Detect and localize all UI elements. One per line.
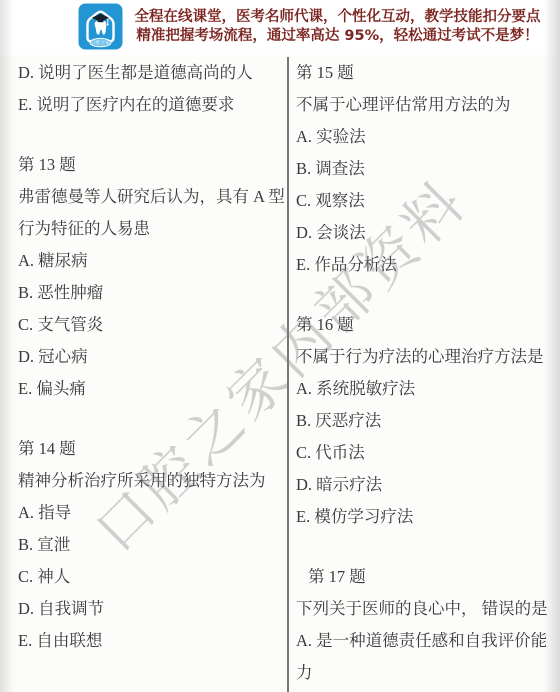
option-line: A. 是一种道德责任感和自我评价能 — [296, 625, 556, 657]
question-number: 第 16 题 — [296, 309, 556, 341]
question-text: 弗雷德曼等人研究后认为，具有 A 型 — [18, 181, 277, 213]
option-line: D. 会谈法 — [296, 217, 556, 249]
option-line: E. 自由联想 — [18, 625, 277, 657]
promo-banner: 口腔之家 全程在线课堂，医考名师代课，个性化互动，教学技能扣分要点 精准把握考场… — [0, 0, 560, 55]
dental-home-logo: 口腔之家 — [78, 3, 123, 50]
option-line: A. 糖尿病 — [18, 245, 277, 277]
option-line: D. 冠心病 — [18, 341, 277, 373]
option-line: B. 恶性肿瘤 — [18, 277, 277, 309]
graduation-cap-band — [98, 20, 104, 23]
exam-content: D. 说明了医生都是道德高尚的人E. 说明了医疗内在的道德要求第 13 题弗雷德… — [0, 55, 560, 692]
question-text: 行为特征的人易患 — [18, 213, 277, 245]
option-line: C. 神人 — [18, 561, 277, 593]
question-text: 下列关于医师的良心中， 错误的是 — [296, 593, 556, 625]
right-column: 第 15 题不属于心理评估常用方法的为A. 实验法B. 调查法C. 观察法D. … — [289, 55, 560, 692]
question-text: 不属于心理评估常用方法的为 — [296, 89, 556, 121]
option-line: B. 宣泄 — [18, 529, 277, 561]
promo-line-2: 精准把握考场流程，通过率高达 95%，轻松通过考试不是梦！ — [129, 27, 546, 46]
question-number: 第 17 题 — [296, 561, 556, 593]
option-line: E. 偏头痛 — [18, 373, 277, 405]
left-column: D. 说明了医生都是道德高尚的人E. 说明了医疗内在的道德要求第 13 题弗雷德… — [0, 55, 287, 692]
option-line: B. 调查法 — [296, 153, 556, 185]
option-line: E. 模仿学习疗法 — [296, 501, 556, 533]
option-line: C. 支气管炎 — [18, 309, 277, 341]
option-line: A. 实验法 — [296, 121, 556, 153]
option-line: B. 厌恶疗法 — [296, 405, 556, 437]
option-continuation-line: 力 — [296, 657, 556, 689]
question-text: 精神分析治疗所采用的独特方法为 — [18, 465, 277, 497]
question-number: 第 13 题 — [18, 149, 277, 181]
question-number: 第 14 题 — [18, 433, 277, 465]
option-line: D. 说明了医生都是道德高尚的人 — [18, 57, 277, 89]
option-line: E. 作品分析法 — [296, 249, 556, 281]
option-line: D. 暗示疗法 — [296, 469, 556, 501]
question-number: 第 15 题 — [296, 57, 556, 89]
option-line: C. 代币法 — [296, 437, 556, 469]
promo-banner-text: 全程在线课堂，医考名师代课，个性化互动，教学技能扣分要点 精准把握考场流程，通过… — [123, 0, 560, 46]
option-line: A. 指导 — [18, 497, 277, 529]
promo-line-1: 全程在线课堂，医考名师代课，个性化互动，教学技能扣分要点 — [129, 8, 546, 27]
option-line: D. 自我调节 — [18, 593, 277, 625]
scanned-exam-page: 口腔之家 全程在线课堂，医考名师代课，个性化互动，教学技能扣分要点 精准把握考场… — [0, 0, 560, 692]
cap-tassel-tip — [107, 24, 109, 26]
question-text: 不属于行为疗法的心理治疗方法是 — [296, 341, 556, 373]
option-line: E. 说明了医疗内在的道德要求 — [18, 89, 277, 121]
logo-badge-text: 口腔之家 — [91, 39, 110, 46]
option-line: C. 观察法 — [296, 185, 556, 217]
option-line: A. 系统脱敏疗法 — [296, 373, 556, 405]
